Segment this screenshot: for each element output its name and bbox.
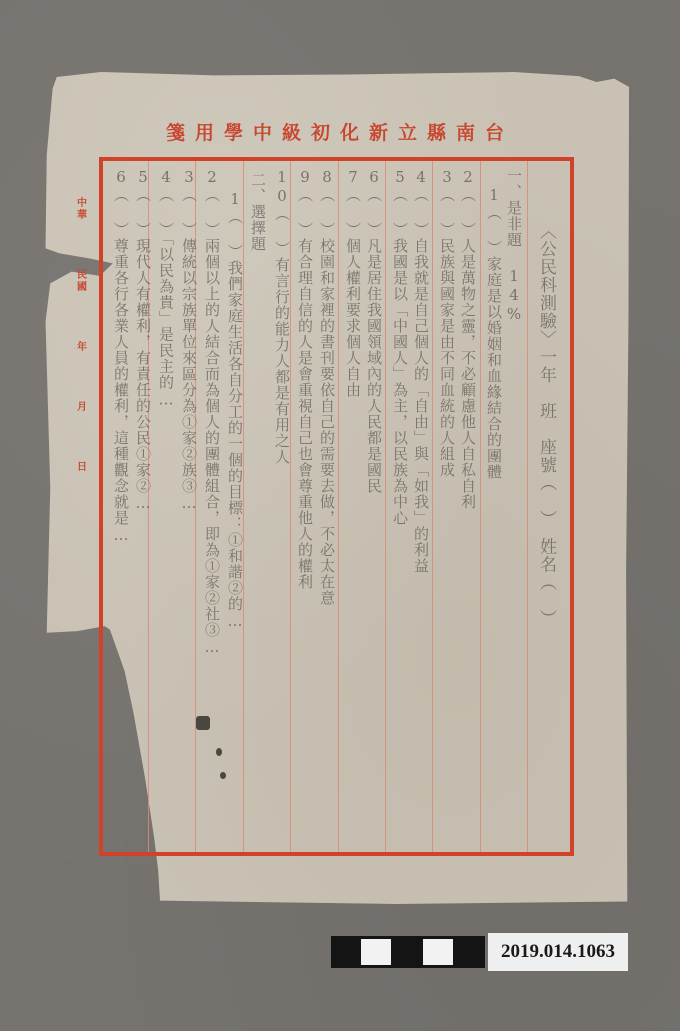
- ruled-line: [338, 161, 339, 852]
- question-line: 1（ ）家庭是以婚姻和血緣結合的團體: [485, 186, 503, 480]
- question-line: 2（ ）人是萬物之靈，不必顧慮他人自私自利: [459, 168, 477, 510]
- date-char: 華: [77, 210, 87, 222]
- question-line: 4（ ）自我就是自己個人的「自由」與「如我」的利益: [412, 168, 430, 574]
- grayscale-reference-bar: [331, 936, 485, 968]
- paper-damage: [220, 772, 226, 779]
- letterhead: 箋用學中級初化新立縣南台: [0, 118, 680, 145]
- paper-damage: [216, 748, 222, 756]
- question-line: 10（ ）有言行的能力人都是有用之人: [273, 168, 291, 465]
- date-char: 月: [77, 402, 87, 414]
- section-title-multiple-choice: 二、選擇題: [249, 172, 267, 252]
- date-char: 國: [77, 282, 87, 294]
- exam-heading: 〈公民科測驗〉一年 班 座號（ ） 姓名（ ）: [536, 222, 556, 628]
- question-line: 9（ ）有合理自信的人是會重視自己也會尊重他人的權利: [296, 168, 314, 590]
- question-line: 1（ ）我們家庭生活各自分工的一個的目標：①和諧②的…: [226, 190, 244, 631]
- date-char: 日: [77, 462, 87, 474]
- question-line: 2（ ）兩個以上的人結合而為個人的團體組合，即為①家②社③…: [203, 168, 221, 657]
- question-line: 6（ ）凡是居住我國領域內的人民都是國民: [365, 168, 383, 494]
- question-line: 5（ ）現代人有權利，有責任的公民①家②…: [134, 168, 152, 513]
- question-line: 3（ ）民族與國家是由不同血統的人組成: [438, 168, 456, 478]
- ruled-line: [432, 161, 433, 852]
- date-char: 中: [77, 198, 87, 210]
- scale-white-block: [361, 939, 391, 965]
- date-char: 年: [77, 342, 87, 354]
- paper-damage: [196, 716, 210, 730]
- section-title-true-false: 一、是非題 14%: [505, 168, 523, 324]
- scale-white-block: [423, 939, 453, 965]
- question-line: 4（ ）「以民為貴」是民主的…: [157, 168, 175, 410]
- date-char: 民: [77, 270, 87, 282]
- ruled-line: [527, 161, 528, 852]
- question-line: 5（ ）我國是以「中國人」為主，以民族為中心: [391, 168, 409, 526]
- question-line: 3（ ）傳統以宗族單位來區分為①家②族③…: [180, 168, 198, 513]
- date-label: 中 華 民 國 年 月 日: [72, 198, 92, 474]
- accession-number-label: 2019.014.1063: [488, 933, 628, 971]
- ruled-line: [385, 161, 386, 852]
- ruled-line: [480, 161, 481, 852]
- question-line: 8（ ）校園和家裡的書刊要依自己的需要去做，不必太在意: [318, 168, 336, 606]
- question-line: 7（ ）個人權利要求個人自由: [344, 168, 362, 398]
- question-line: 6（ ）尊重各行各業人員的權利，這種觀念就是…: [112, 168, 130, 545]
